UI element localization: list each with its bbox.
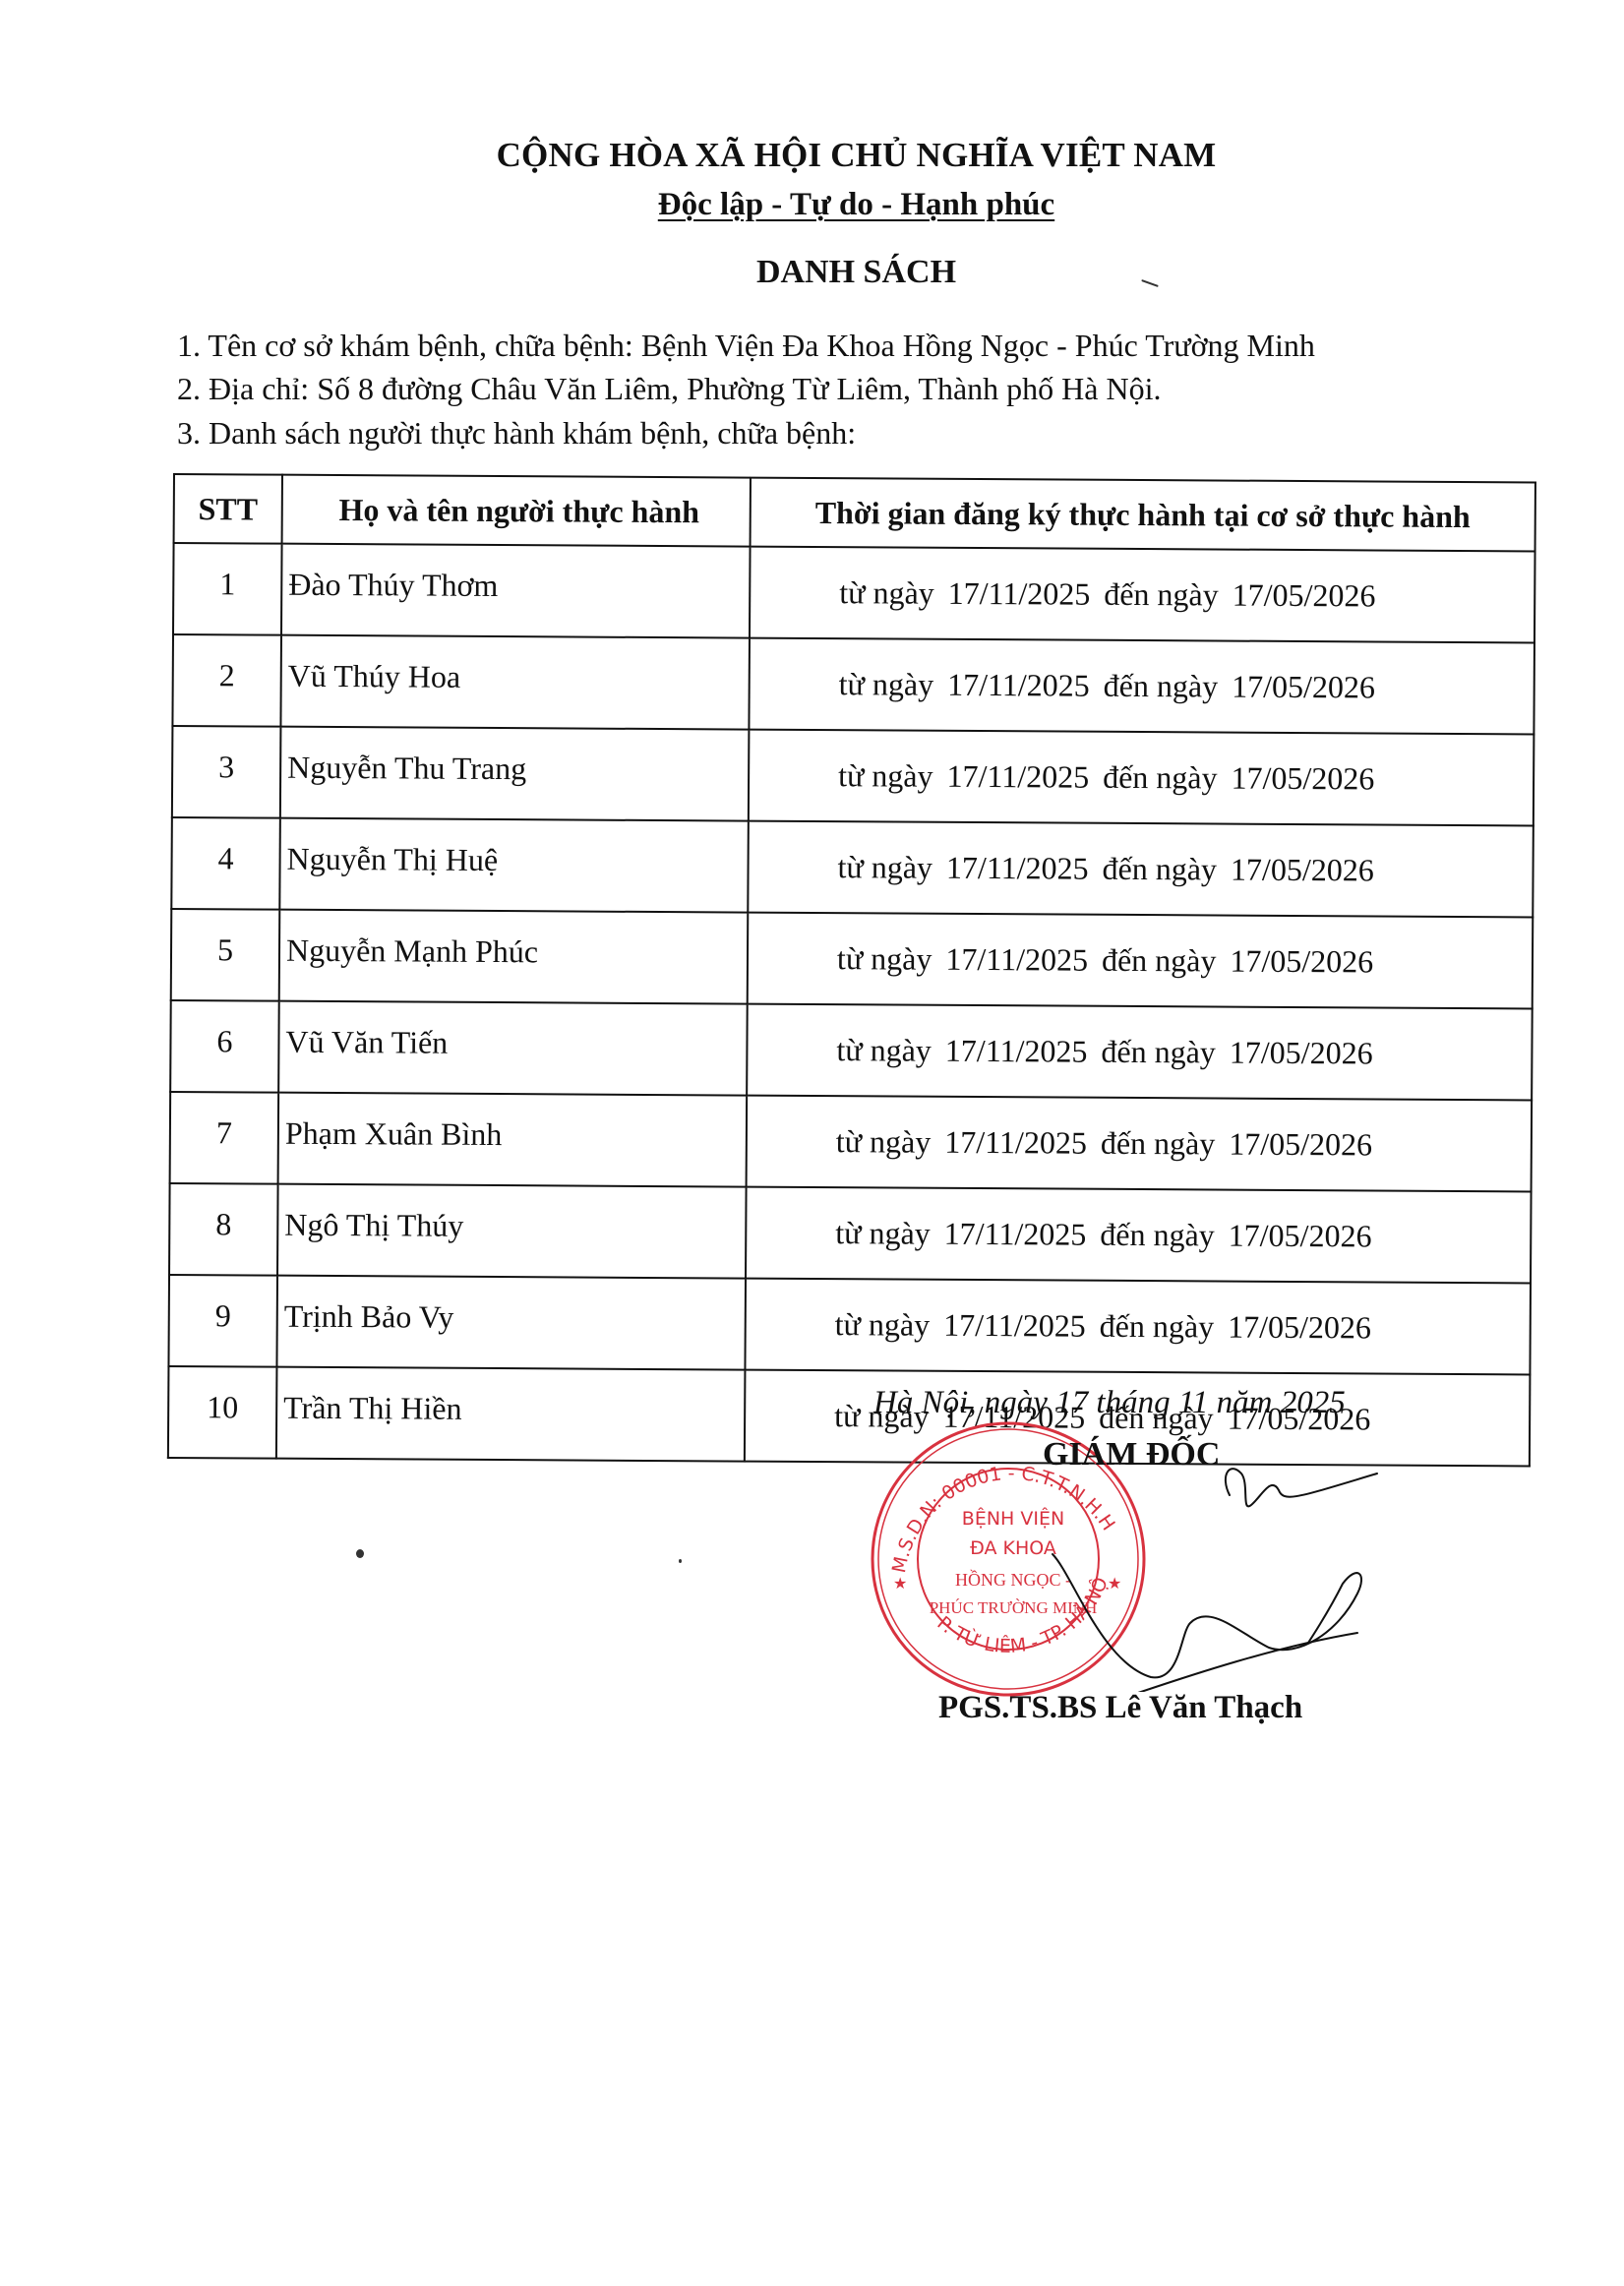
nation-heading: CỘNG HÒA XÃ HỘI CHỦ NGHĨA VIỆT NAM: [44, 136, 1624, 175]
from-date: 17/11/2025: [946, 850, 1089, 886]
row-stt: 3: [172, 726, 281, 818]
row-name: Trịnh Bảo Vy: [276, 1276, 746, 1370]
row-period: từ ngày17/11/2025đến ngày17/05/2026: [747, 1004, 1533, 1101]
to-label: đến ngày: [1100, 1308, 1215, 1345]
signature: [984, 1436, 1397, 1692]
row-stt: 7: [170, 1092, 279, 1184]
to-date: 17/05/2026: [1229, 1126, 1372, 1163]
from-date: 17/11/2025: [944, 1216, 1087, 1252]
row-name: Nguyễn Thị Huệ: [279, 818, 749, 913]
row-period: từ ngày17/11/2025đến ngày17/05/2026: [746, 1187, 1532, 1284]
row-stt: 9: [168, 1275, 277, 1367]
to-label: đến ngày: [1102, 851, 1217, 887]
to-date: 17/05/2026: [1231, 852, 1374, 888]
row-name: Phạm Xuân Bình: [278, 1093, 748, 1187]
from-date: 17/11/2025: [945, 941, 1088, 978]
to-label: đến ngày: [1102, 942, 1217, 979]
from-date: 17/11/2025: [943, 1307, 1086, 1344]
row-stt: 6: [170, 1000, 279, 1093]
column-header-time: Thời gian đăng ký thực hành tại cơ sở th…: [751, 478, 1535, 552]
row-period: từ ngày17/11/2025đến ngày17/05/2026: [748, 913, 1534, 1009]
to-label: đến ngày: [1103, 759, 1218, 796]
motto: Độc lập - Tự do - Hạnh phúc: [44, 187, 1624, 223]
from-date: 17/11/2025: [945, 1033, 1088, 1069]
table-row: 4 Nguyễn Thị Huệ từ ngày17/11/2025đến ng…: [171, 817, 1534, 917]
row-name: Ngô Thị Thúy: [277, 1184, 747, 1279]
facility-address: 2. Địa chỉ: Số 8 đường Châu Văn Liêm, Ph…: [177, 371, 1161, 407]
practitioner-table: STT Họ và tên người thực hành Thời gian …: [167, 473, 1536, 1467]
table-header-row: STT Họ và tên người thực hành Thời gian …: [174, 474, 1535, 551]
table-row: 6 Vũ Văn Tiến từ ngày17/11/2025đến ngày1…: [170, 1000, 1533, 1100]
table-row: 9 Trịnh Bảo Vy từ ngày17/11/2025đến ngày…: [168, 1275, 1531, 1374]
row-name: Nguyễn Thu Trang: [280, 727, 750, 821]
from-label: từ ngày: [839, 666, 934, 702]
row-period: từ ngày17/11/2025đến ngày17/05/2026: [745, 1279, 1531, 1375]
from-label: từ ngày: [835, 1215, 931, 1251]
from-label: từ ngày: [836, 1123, 932, 1160]
from-label: từ ngày: [835, 1306, 931, 1343]
to-label: đến ngày: [1101, 1034, 1216, 1070]
from-label: từ ngày: [837, 940, 932, 977]
row-stt: 8: [169, 1183, 278, 1276]
from-label: từ ngày: [836, 1032, 932, 1068]
row-stt: 2: [172, 634, 281, 727]
table-row: 3 Nguyễn Thu Trang từ ngày17/11/2025đến …: [172, 726, 1534, 825]
row-stt: 5: [171, 909, 280, 1001]
row-stt: 10: [168, 1366, 277, 1459]
row-period: từ ngày17/11/2025đến ngày17/05/2026: [749, 730, 1534, 826]
to-date: 17/05/2026: [1228, 1309, 1371, 1346]
to-date: 17/05/2026: [1233, 577, 1376, 614]
row-stt: 1: [173, 543, 282, 635]
to-date: 17/05/2026: [1230, 1035, 1373, 1071]
row-period: từ ngày17/11/2025đến ngày17/05/2026: [750, 547, 1535, 643]
to-label: đến ngày: [1100, 1217, 1215, 1253]
table-row: 7 Phạm Xuân Bình từ ngày17/11/2025đến ng…: [170, 1092, 1533, 1191]
scan-artifact: [679, 1559, 682, 1563]
svg-text:★: ★: [893, 1574, 907, 1593]
row-name: Vũ Văn Tiến: [278, 1001, 748, 1096]
table-row: 2 Vũ Thúy Hoa từ ngày17/11/2025đến ngày1…: [172, 634, 1534, 734]
row-name: Trần Thị Hiền: [276, 1367, 746, 1462]
from-date: 17/11/2025: [947, 667, 1090, 703]
to-date: 17/05/2026: [1230, 943, 1373, 980]
row-stt: 4: [171, 817, 280, 910]
from-label: từ ngày: [839, 574, 934, 611]
column-header-stt: STT: [174, 474, 282, 544]
from-label: từ ngày: [837, 849, 932, 885]
row-name: Nguyễn Mạnh Phúc: [279, 910, 749, 1004]
row-name: Vũ Thúy Hoa: [280, 635, 750, 730]
to-date: 17/05/2026: [1229, 1218, 1372, 1254]
table-row: 5 Nguyễn Mạnh Phúc từ ngày17/11/2025đến …: [171, 909, 1534, 1008]
from-label: từ ngày: [838, 757, 933, 794]
facility-name: 1. Tên cơ sở khám bệnh, chữa bệnh: Bệnh …: [177, 328, 1315, 364]
to-label: đến ngày: [1104, 576, 1219, 613]
document-title: DANH SÁCH: [44, 254, 1624, 291]
to-label: đến ngày: [1101, 1125, 1216, 1162]
from-date: 17/11/2025: [948, 575, 1091, 612]
table-row: 1 Đào Thúy Thơm từ ngày17/11/2025đến ngà…: [173, 543, 1535, 642]
scan-artifact: [356, 1549, 364, 1558]
list-intro: 3. Danh sách người thực hành khám bệnh, …: [177, 415, 856, 451]
from-date: 17/11/2025: [946, 758, 1089, 795]
to-date: 17/05/2026: [1232, 669, 1375, 705]
column-header-name: Họ và tên người thực hành: [282, 475, 751, 547]
from-date: 17/11/2025: [944, 1124, 1087, 1161]
row-name: Đào Thúy Thơm: [281, 544, 751, 638]
table-row: 8 Ngô Thị Thúy từ ngày17/11/2025đến ngày…: [169, 1183, 1532, 1283]
row-period: từ ngày17/11/2025đến ngày17/05/2026: [749, 638, 1534, 735]
to-date: 17/05/2026: [1231, 760, 1374, 797]
row-period: từ ngày17/11/2025đến ngày17/05/2026: [748, 821, 1534, 918]
row-period: từ ngày17/11/2025đến ngày17/05/2026: [747, 1096, 1533, 1192]
to-label: đến ngày: [1104, 668, 1219, 704]
